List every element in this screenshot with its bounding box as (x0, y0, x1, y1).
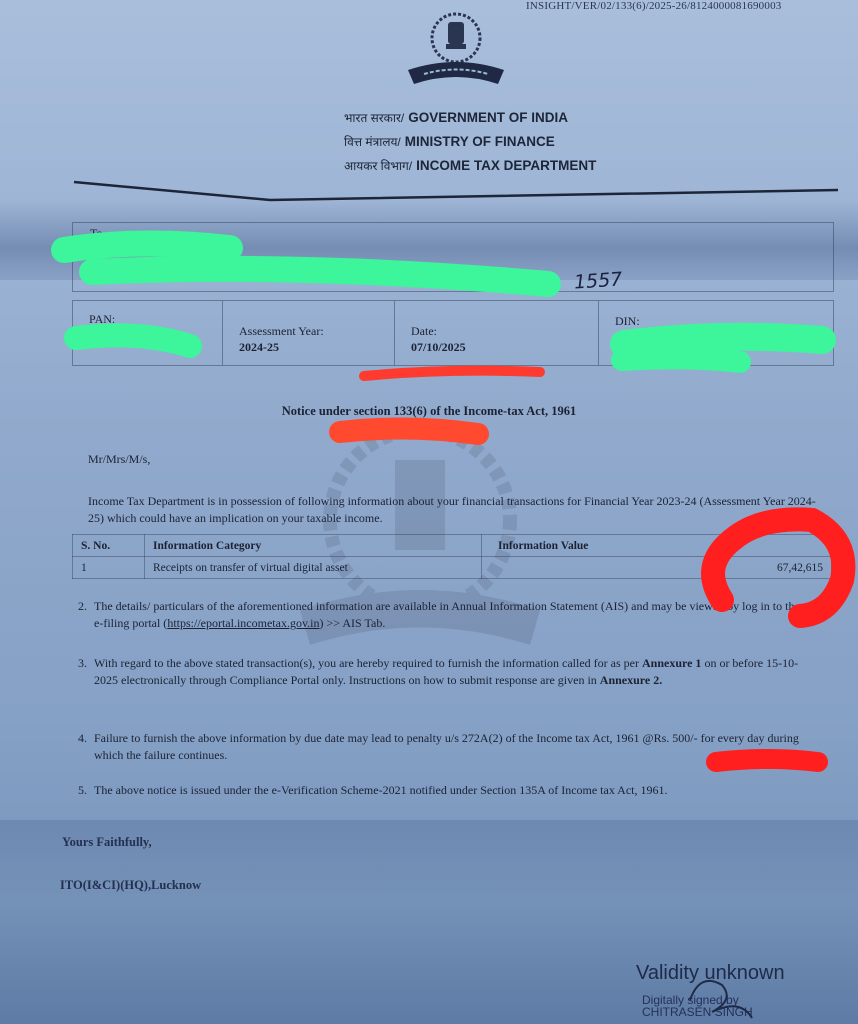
annexure-2-ref: Annexure 2. (600, 673, 662, 687)
paragraph-2: 2.The details/ particulars of the aforem… (78, 598, 818, 632)
table-row: 1 Receipts on transfer of virtual digita… (73, 557, 832, 579)
row-sno: 1 (73, 557, 145, 579)
addressee-box (72, 222, 834, 292)
handwritten-note: 1557 (573, 268, 623, 293)
paragraph-4: 4.Failure to furnish the above informati… (78, 730, 818, 764)
pan-cell: PAN: (73, 301, 223, 365)
notice-title: Notice under section 133(6) of the Incom… (0, 404, 858, 419)
date-label: Date: (411, 323, 598, 339)
date-value: 07/10/2025 (411, 339, 598, 355)
para-number: 2. (78, 598, 94, 615)
salutation: Mr/Mrs/M/s, (88, 452, 150, 467)
notice-details: PAN: Assessment Year: 2024-25 Date: 07/1… (72, 300, 834, 366)
assessment-year-cell: Assessment Year: 2024-25 (223, 301, 395, 365)
para-body: With regard to the above stated transact… (94, 655, 804, 689)
din-label: DIN: (615, 313, 833, 329)
header-divider (0, 0, 858, 220)
intro-paragraph: Income Tax Department is in possession o… (88, 493, 828, 527)
signer-name: CHITRASEN SINGH (642, 1006, 753, 1018)
signature-validity: Validity unknown (636, 962, 785, 985)
annexure-1-ref: Annexure 1 (642, 656, 701, 670)
para-body: The above notice is issued under the e-V… (94, 782, 804, 799)
closing: Yours Faithfully, (62, 835, 152, 850)
din-cell: DIN: (599, 301, 833, 365)
signatory: ITO(I&CI)(HQ),Lucknow (60, 878, 201, 893)
para-number: 5. (78, 782, 94, 799)
header-category: Information Category (145, 535, 482, 557)
para-text: ) >> AIS Tab. (320, 616, 386, 630)
paragraph-5: 5.The above notice is issued under the e… (78, 782, 818, 799)
header-sno: S. No. (73, 535, 145, 557)
row-category: Receipts on transfer of virtual digital … (145, 557, 482, 579)
paragraph-3: 3.With regard to the above stated transa… (78, 655, 818, 689)
assessment-year-label: Assessment Year: (239, 323, 394, 339)
para-number: 4. (78, 730, 94, 747)
table-header-row: S. No. Information Category Information … (73, 535, 832, 557)
para-number: 3. (78, 655, 94, 672)
transaction-table: S. No. Information Category Information … (72, 534, 832, 579)
pan-label: PAN: (89, 311, 222, 327)
assessment-year-value: 2024-25 (239, 339, 394, 355)
date-cell: Date: 07/10/2025 (395, 301, 599, 365)
para-body: The details/ particulars of the aforemen… (94, 598, 804, 632)
digital-signature: Digitally signed by CHITRASEN SINGH (642, 994, 753, 1018)
eportal-link[interactable]: https://eportal.incometax.gov.in (167, 616, 319, 630)
para-body: Failure to furnish the above information… (94, 730, 804, 764)
row-value: 67,42,615 (482, 557, 832, 579)
para-text: With regard to the above stated transact… (94, 656, 642, 670)
to-label: To, (90, 226, 106, 241)
header-value: Information Value (482, 535, 832, 557)
